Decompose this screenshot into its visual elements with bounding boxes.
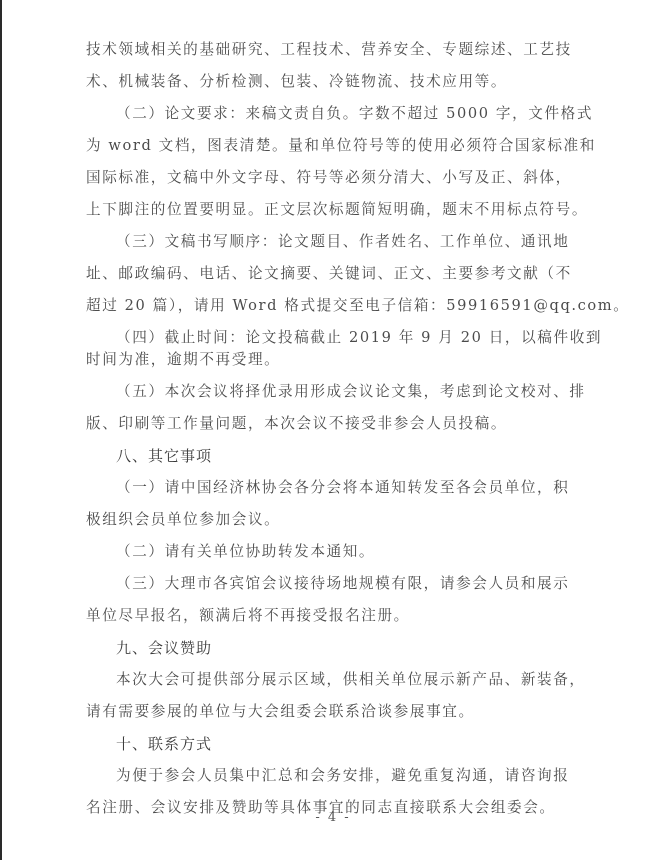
section-heading: 八、其它事项 bbox=[116, 445, 212, 467]
paragraph-start: （五）本次会议将择优录用形成会议论文集，考虑到论文校对、排 bbox=[116, 381, 586, 403]
page-number: - 4 - bbox=[86, 810, 580, 825]
text-line: 术、机械装备、分析检测、包装、冷链物流、技术应用等。 bbox=[86, 71, 507, 93]
paragraph-start: （三）大理市各宾馆会议接待场地规模有限，请参会人员和展示 bbox=[116, 573, 569, 595]
paragraph-start: （一）请中国经济林协会各分会将本通知转发至各会员单位，积 bbox=[116, 477, 569, 499]
text-line: 址、邮政编码、电话、论文摘要、关键词、正文、主要参考文献（不 bbox=[86, 263, 572, 285]
paragraph-start: 本次大会可提供部分展示区域，供相关单位展示新产品、新装备， bbox=[116, 669, 586, 691]
section-heading: 十、联系方式 bbox=[116, 733, 212, 755]
text-line: 超过 20 篇），请用 Word 格式提交至电子信箱：59916591@qq.c… bbox=[86, 295, 629, 317]
paragraph-start: 为便于参会人员集中汇总和会务安排，避免重复沟通，请咨询报 bbox=[116, 765, 569, 787]
paragraph-start: （三）文稿书写顺序：论文题目、作者姓名、工作单位、通讯地 bbox=[116, 231, 569, 253]
text-line: 为 word 文档，图表清楚。量和单位符号等的使用必须符合国家标准和 bbox=[86, 135, 596, 157]
text-line: 上下脚注的位置要明显。正文层次标题简短明确，题末不用标点符号。 bbox=[86, 199, 588, 221]
paragraph-start: （二）请有关单位协助转发本通知。 bbox=[116, 541, 375, 563]
text-line: 极组织会员单位参加会议。 bbox=[86, 509, 280, 531]
text-line: 请有需要参展的单位与大会组委会联系洽谈参展事宜。 bbox=[86, 701, 475, 723]
text-line: 技术领域相关的基础研究、工程技术、营养安全、专题综述、工艺技 bbox=[86, 39, 572, 61]
text-line: 单位尽早报名，额满后将不再接受报名注册。 bbox=[86, 605, 410, 627]
text-line: 国际标准，文稿中外文字母、符号等必须分清大、小写及正、斜体， bbox=[86, 167, 572, 189]
text-line: 版、印刷等工作量问题，本次会议不接受非参会人员投稿。 bbox=[86, 413, 507, 435]
paragraph-start: （二）论文要求：来稿文责自负。字数不超过 5000 字，文件格式 bbox=[116, 103, 593, 125]
paragraph-start: （四）截止时间：论文投稿截止 2019 年 9 月 20 日，以稿件收到 bbox=[116, 327, 602, 349]
text-line: 时间为准，逾期不再受理。 bbox=[86, 349, 280, 371]
section-heading: 九、会议赞助 bbox=[116, 637, 212, 659]
